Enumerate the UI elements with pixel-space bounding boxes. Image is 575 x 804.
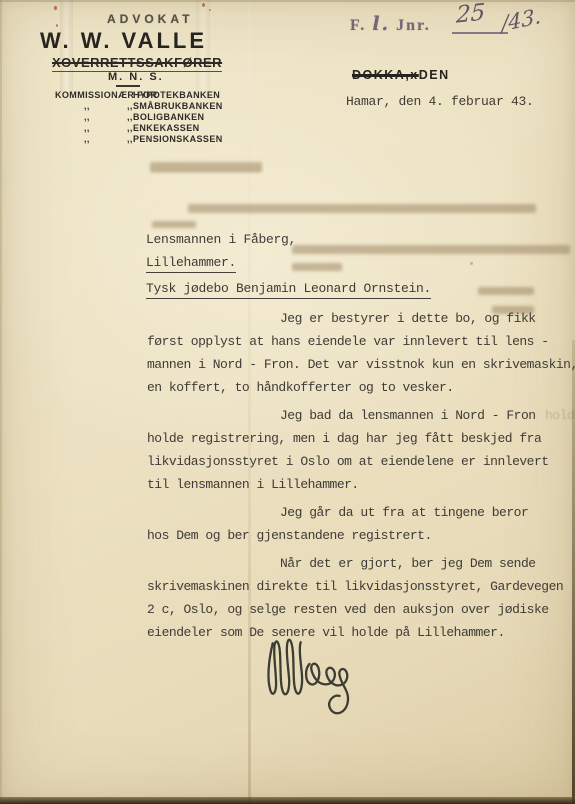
- letterhead-membership: M. N. S.: [108, 71, 164, 83]
- bank-name: SMÅBRUKBANKEN: [133, 101, 223, 111]
- letterhead-firm-name: W. W. VALLE: [40, 28, 207, 54]
- scanned-letter-page: ADVOKAT W. W. VALLE XOVERRETTSSAKFØRER M…: [0, 0, 575, 804]
- ditto-mark: ,,: [127, 112, 133, 122]
- bleedthrough-mark: [292, 245, 570, 254]
- body-line: først opplyst at hans eiendele var innle…: [147, 330, 575, 353]
- body-line: skrivemaskinen direkte til likvidasjonss…: [147, 575, 575, 598]
- body-line: Jeg er bestyrer i dette bo, og fikk: [147, 307, 575, 330]
- ditto-mark: ,,: [84, 101, 90, 111]
- body-paragraph: Jeg er bestyrer i dette bo, og fikk førs…: [147, 307, 575, 399]
- stamp-f: F.: [350, 17, 366, 34]
- ditto-mark: ,,: [127, 134, 133, 144]
- body-line: holde registrering, men i dag har jeg få…: [147, 427, 575, 450]
- body-line: likvidasjonsstyret i Oslo om at eiendele…: [147, 450, 575, 473]
- addressee-line: Lensmannen i Fåberg,: [146, 228, 296, 251]
- subject-text: Tysk jødebo Benjamin Leonard Ornstein.: [146, 281, 431, 299]
- bank-name: ENKEKASSEN: [133, 123, 200, 133]
- paper-speck: [56, 24, 58, 27]
- erased-ghost-word: holde: [545, 404, 575, 427]
- body-line: eiendeler som De senere vil holde på Lil…: [147, 621, 575, 644]
- letter-body: Jeg er bestyrer i dette bo, og fikk førs…: [147, 307, 575, 649]
- paper-speck: [54, 6, 57, 10]
- journal-stamp-underline: [452, 32, 508, 34]
- body-paragraph: Når det er gjort, ber jeg Dem sende skri…: [147, 552, 575, 644]
- body-line: mannen i Nord - Fron. Det var visstnok k…: [147, 353, 575, 376]
- bleedthrough-mark: [478, 287, 534, 295]
- typed-date: Hamar, den 4. februar 43.: [346, 94, 534, 109]
- paper-speck: [209, 9, 211, 11]
- body-line: en koffert, to håndkofferter og to veske…: [147, 376, 575, 399]
- body-line: 2 c, Oslo, og selge resten ved den auksj…: [147, 598, 575, 621]
- printed-den: DEN: [419, 68, 450, 82]
- body-paragraph: Jeg bad da lensmannen i Nord - Fronholde…: [147, 404, 575, 496]
- bank-name: PENSIONSKASSEN: [133, 134, 223, 144]
- struck-place-name: DOKKA,x: [352, 68, 419, 82]
- bleedthrough-mark: [150, 162, 262, 172]
- journal-stamp-label: F. l. Jnr.: [350, 13, 431, 35]
- body-line: Jeg bad da lensmannen i Nord - Fronholde: [147, 404, 575, 427]
- addressee-city: Lillehammer.: [146, 255, 236, 273]
- page-edge-top: [0, 0, 575, 2]
- bank-name: BOLIGBANKEN: [133, 112, 204, 122]
- body-line: Når det er gjort, ber jeg Dem sende: [147, 552, 575, 575]
- ditto-mark: ,,: [84, 112, 90, 122]
- stamp-l: l.: [372, 13, 390, 35]
- addressee-block: Lensmannen i Fåberg, Lillehammer.: [146, 228, 296, 274]
- body-line-text: Jeg bad da lensmannen i Nord - Fron: [280, 408, 536, 423]
- ditto-mark: ,,: [84, 134, 90, 144]
- handwritten-signature: [256, 630, 359, 728]
- ditto-mark: ,,: [127, 123, 133, 133]
- body-line: hos Dem og ber gjenstandene registrert.: [147, 524, 575, 547]
- handwritten-journal-year: /43.: [501, 4, 541, 37]
- page-edge-left: [0, 0, 2, 804]
- bleedthrough-mark: [152, 221, 196, 228]
- letterhead-struck-title: XOVERRETTSSAKFØRER: [52, 55, 222, 72]
- bleedthrough-mark: [292, 263, 342, 271]
- paper-speck: [470, 262, 473, 265]
- ditto-mark: ,,: [84, 123, 90, 133]
- letterhead-profession: ADVOKAT: [107, 12, 193, 26]
- page-edge-bottom: [0, 797, 575, 804]
- paper-speck: [202, 3, 205, 7]
- body-line: Jeg går da ut fra at tingene beror: [147, 501, 575, 524]
- bleedthrough-mark: [188, 204, 536, 213]
- body-line: til lensmannen i Lillehammer.: [147, 473, 575, 496]
- printed-dateline: DOKKA,xDEN: [352, 68, 450, 82]
- stamp-jnr: Jnr.: [396, 17, 431, 34]
- body-paragraph: Jeg går da ut fra at tingene beror hos D…: [147, 501, 575, 547]
- ditto-mark: ,,: [127, 101, 133, 111]
- subject-line: Tysk jødebo Benjamin Leonard Ornstein.: [146, 281, 431, 296]
- handwritten-journal-number: 25: [456, 0, 486, 29]
- letterhead-divider-rule: [116, 85, 140, 87]
- bank-name: HYPOTEKBANKEN: [133, 90, 220, 100]
